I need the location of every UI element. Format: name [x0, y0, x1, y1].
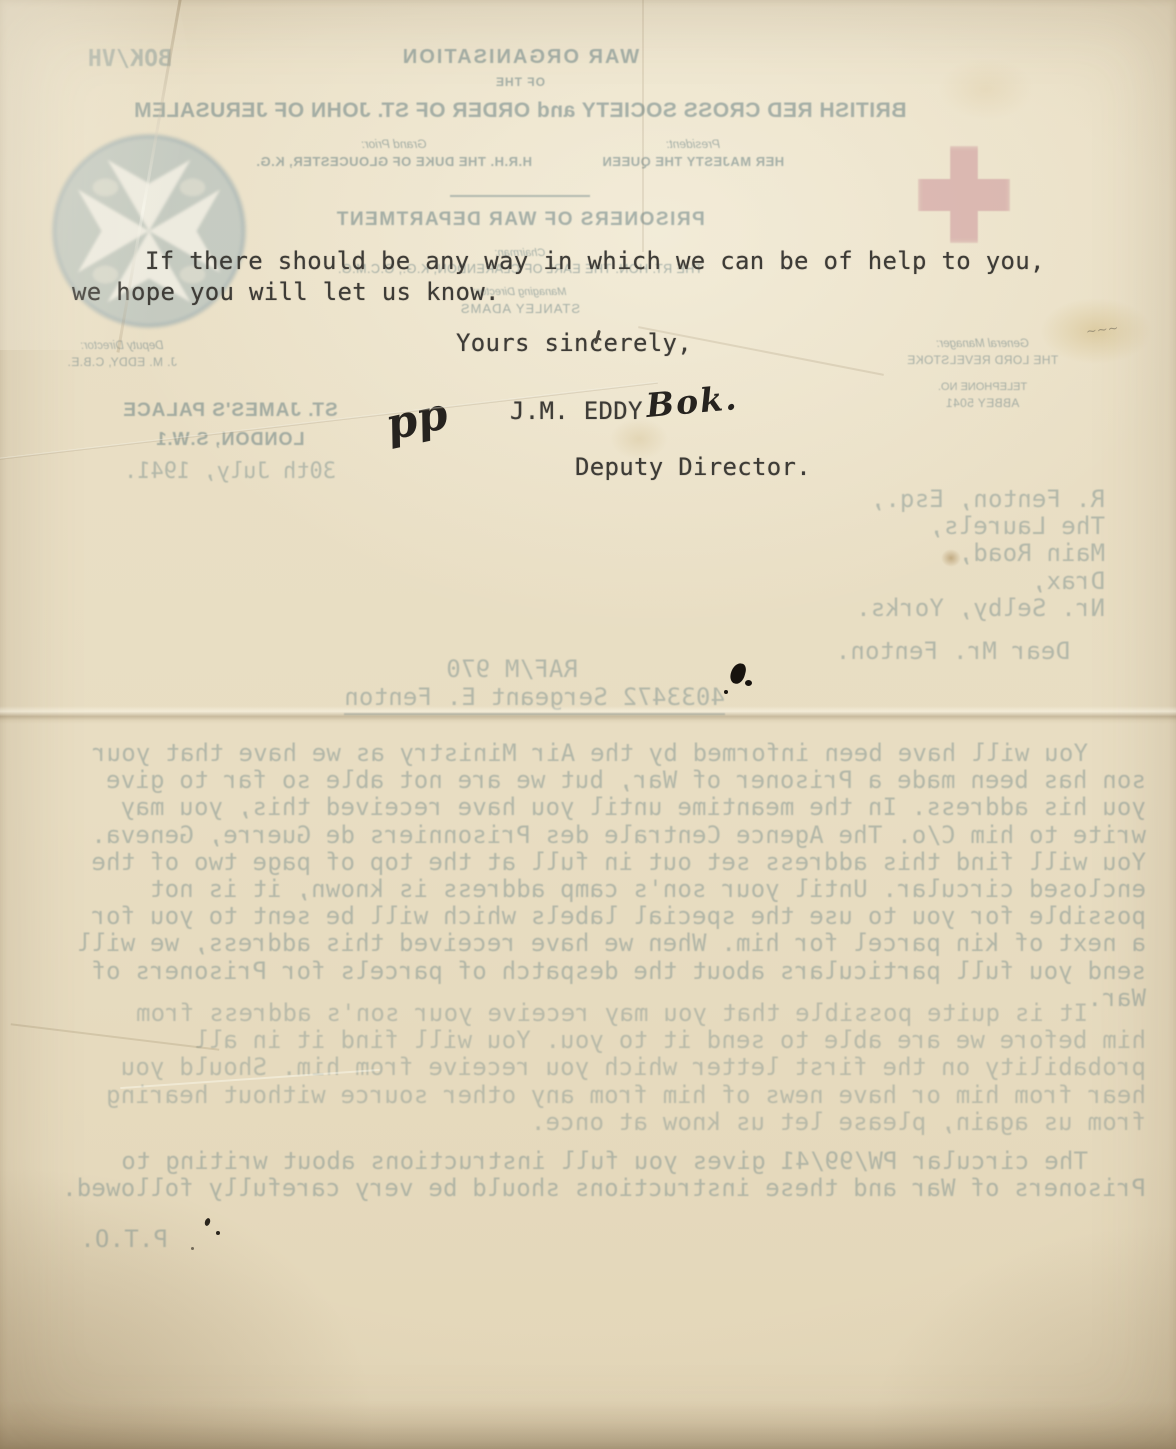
ghost-grand-prior-col: Grand Prior: H.R.H. THE DUKE OF GLOUCEST… [256, 137, 532, 169]
ghost-president-label: President: [602, 137, 784, 151]
bottom-curl-shadow [0, 1401, 1176, 1449]
ghost-paragraph-2: It is quite possible that you may receiv… [20, 1000, 1146, 1136]
handwritten-signature: Bok. [644, 378, 739, 425]
paper-stain [610, 418, 668, 460]
ink-speck [216, 1231, 220, 1235]
letter-closing: Yours sincerely, [456, 328, 692, 359]
ghost-ref-line1: RAF/M 970 [446, 656, 578, 683]
paper-stain [938, 58, 1034, 120]
ghost-president-col: President: HER MAJESTY THE QUEEN [602, 137, 784, 169]
ink-speck [191, 1247, 194, 1250]
ghost-salutation: Dear Mr. Fenton. [836, 638, 1070, 665]
paper-stain [941, 549, 961, 567]
ghost-paragraph-3: The circular PW/99/41 gives you full ins… [20, 1148, 1146, 1202]
signatory-title: Deputy Director. [575, 452, 811, 483]
ghost-paragraph-1: You will have been informed by the Air M… [20, 740, 1146, 1012]
ghost-address-block: ST. JAMES'S PALACE LONDON, S.W.1 30th Ju… [54, 400, 406, 484]
ghost-deputy-director-name: J. M. EDDY, C.B.E. [36, 355, 208, 369]
ghost-grand-prior-name: H.R.H. THE DUKE OF GLOUCESTER, K.G. [256, 154, 532, 169]
ghost-telephone-label: TELEPHONE NO. [875, 381, 1090, 393]
ghost-telephone-number: ABBEY 5041 [875, 396, 1090, 410]
ink-blot [745, 680, 752, 686]
ghost-president-name: HER MAJESTY THE QUEEN [602, 154, 784, 169]
ghost-pto: P.T.O. [80, 1226, 168, 1253]
ghost-recipient-address: R. Fenton, Esq., The Laurels, Main Road,… [856, 486, 1105, 622]
ghost-date: 30th July, 1941. [54, 459, 406, 484]
ghost-grand-prior-label: Grand Prior: [256, 137, 532, 151]
letter-scan: BOK/VH WAR ORGANISATION OF THE BRITISH R… [0, 0, 1176, 1449]
ghost-divider [450, 195, 590, 197]
ink-blot [724, 690, 728, 694]
vertical-fold-crease [642, 0, 644, 252]
horizontal-fold-crease [0, 706, 1176, 724]
